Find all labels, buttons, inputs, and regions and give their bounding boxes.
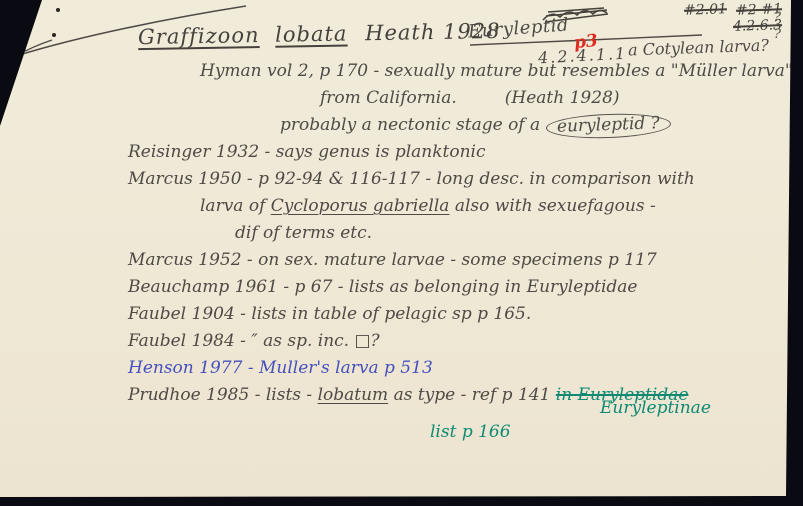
entry-text: from California. <box>320 88 457 108</box>
entry-text: larva of <box>200 196 271 216</box>
entry-text: Prudhoe 1985 - lists - <box>128 385 318 405</box>
entry-line: Marcus 1950 - p 92-94 & 116-117 - long d… <box>128 166 789 193</box>
entry-text: Reisinger 1932 - says genus is planktoni… <box>128 142 486 162</box>
entry-line: Reisinger 1932 - says genus is planktoni… <box>128 139 789 166</box>
question-mark: ? <box>774 27 781 42</box>
entry-line: Euryleptinae <box>600 397 789 419</box>
entry-line: Henson 1977 - Muller's larva p 513 <box>128 355 789 382</box>
staple-hole <box>52 33 56 37</box>
crossed-out-code: #2.01 <box>684 1 727 18</box>
entry-text: dif of terms etc. <box>235 223 372 243</box>
entry-text: Faubel 1984 - ″ as sp. inc. □? <box>128 331 380 351</box>
circled-note: euryleptid ? <box>545 112 671 140</box>
entry-line: larva of Cycloporus gabriella also with … <box>200 193 789 220</box>
staple-hole <box>56 8 60 12</box>
entry-text: probably a nectonic stage of a <box>280 115 546 135</box>
species-name: lobata <box>275 22 348 47</box>
entry-text: Hyman vol 2, p 170 - sexually mature but… <box>200 61 803 81</box>
question-mark: ? <box>774 10 781 25</box>
entry-line: Faubel 1904 - lists in table of pelagic … <box>128 301 789 328</box>
entry-text: Cycloporus gabriella <box>271 196 450 216</box>
entry-text: (Heath 1928) <box>505 88 620 108</box>
index-card: Euryleptid #2.01#2-#14.2.6.3 ? ? p3 4.2.… <box>0 0 803 506</box>
entry-line: from California.(Heath 1928) <box>320 85 789 112</box>
entry-line: list p 166 <box>430 419 789 446</box>
entry-line: probably a nectonic stage of a eurylepti… <box>280 112 789 139</box>
entry-text: Marcus 1950 - p 92-94 & 116-117 - long d… <box>128 169 695 189</box>
staple-hole <box>18 34 22 38</box>
entry-text: Euryleptinae <box>600 398 711 418</box>
crossed-out-codes: #2.01#2-#14.2.6.3 <box>640 2 782 34</box>
entry-line: Marcus 1952 - on sex. mature larvae - so… <box>128 247 789 274</box>
entry-text: Faubel 1904 - lists in table of pelagic … <box>128 304 531 324</box>
entry-text: Henson 1977 - Muller's larva p 513 <box>128 358 433 378</box>
entry-text: list p 166 <box>430 422 511 442</box>
entry-line: Faubel 1984 - ″ as sp. inc. □? <box>128 328 789 355</box>
photo-background: Euryleptid #2.01#2-#14.2.6.3 ? ? p3 4.2.… <box>0 0 803 506</box>
entries: Hyman vol 2, p 170 - sexually mature but… <box>0 58 789 446</box>
author-citation: Heath 1928 <box>365 19 501 45</box>
larva-question: a Cotylean larva? <box>628 36 770 60</box>
entry-text: Marcus 1952 - on sex. mature larvae - so… <box>128 250 657 270</box>
card-title: Graffizoon lobata Heath 1928 <box>138 19 501 49</box>
entry-line: dif of terms etc. <box>235 220 789 247</box>
entry-text: also with sexuefagous - <box>449 196 655 216</box>
entry-text: Beauchamp 1961 - p 67 - lists as belongi… <box>128 277 637 297</box>
genus-name: Graffizoon <box>138 23 260 49</box>
staple-hole <box>14 50 18 54</box>
entry-text: lobatum <box>318 385 389 405</box>
entry-line: Beauchamp 1961 - p 67 - lists as belongi… <box>128 274 789 301</box>
entry-line: Hyman vol 2, p 170 - sexually mature but… <box>200 58 789 85</box>
entry-text: as type - ref p 141 <box>388 385 556 405</box>
